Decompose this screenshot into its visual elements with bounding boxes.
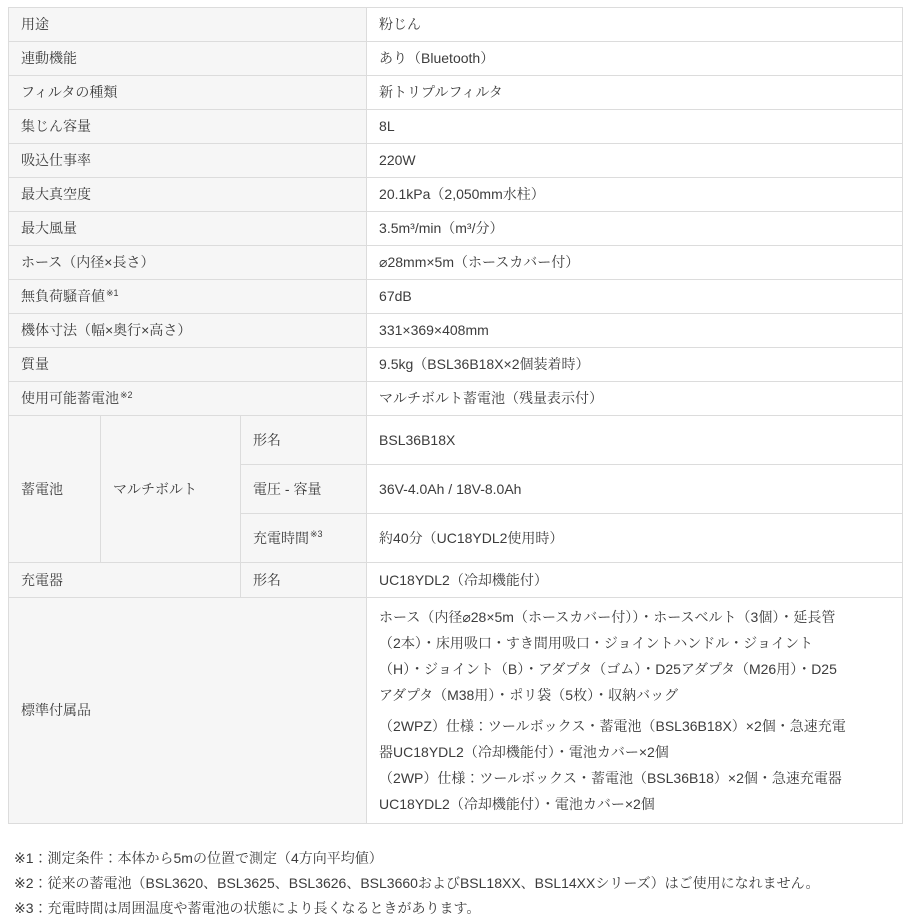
- cell-text: マルチボルト蓄電池（残量表示付）: [379, 390, 603, 406]
- spec-value-interlock: あり（Bluetooth）: [367, 42, 903, 76]
- spec-label-filter-type: フィルタの種類: [9, 76, 367, 110]
- spec-value-charger-model: UC18YDL2（冷却機能付）: [367, 563, 903, 598]
- table-row: フィルタの種類新トリプルフィルタ: [9, 76, 903, 110]
- spec-value-dimensions: 331×369×408mm: [367, 314, 903, 348]
- cell-text: 無負荷騒音値: [21, 288, 105, 304]
- spec-value-voltage-capacity: 36V-4.0Ah / 18V-8.0Ah: [367, 465, 903, 514]
- spec-label-accessories: 標準付属品: [9, 598, 367, 824]
- table-row: 充電器形名UC18YDL2（冷却機能付）: [9, 563, 903, 598]
- spec-value-battery-model: BSL36B18X: [367, 416, 903, 465]
- table-row: 連動機能あり（Bluetooth）: [9, 42, 903, 76]
- table-row: 最大真空度20.1kPa（2,050mm水柱）: [9, 178, 903, 212]
- table-row: 最大風量3.5m³/min（m³/分）: [9, 212, 903, 246]
- cell-text: 331×369×408mm: [379, 322, 489, 338]
- cell-text: 20.1kPa（2,050mm水柱）: [379, 186, 545, 202]
- spec-value-use: 粉じん: [367, 8, 903, 42]
- cell-text: BSL36B18X: [379, 432, 455, 448]
- spec-label-battery-group: 蓄電池: [9, 416, 101, 563]
- spec-label-charger-group: 充電器: [9, 563, 241, 598]
- cell-text: 連動機能: [21, 50, 77, 66]
- cell-text: 吸込仕事率: [21, 152, 91, 168]
- cell-text: 使用可能蓄電池: [21, 390, 119, 406]
- cell-text: 充電時間: [253, 530, 309, 546]
- spec-value-noise: 67dB: [367, 280, 903, 314]
- spec-label-battery-model: 形名: [241, 416, 367, 465]
- cell-text: 標準付属品: [21, 702, 91, 718]
- spec-label-max-vacuum: 最大真空度: [9, 178, 367, 212]
- table-row: 使用可能蓄電池※2マルチボルト蓄電池（残量表示付）: [9, 382, 903, 416]
- spec-table-body: 用途粉じん連動機能あり（Bluetooth）フィルタの種類新トリプルフィルタ集じ…: [9, 8, 903, 824]
- spec-value-hose: ⌀28mm×5m（ホースカバー付）: [367, 246, 903, 280]
- spec-label-use: 用途: [9, 8, 367, 42]
- cell-text: ⌀28mm×5m（ホースカバー付）: [379, 254, 579, 270]
- cell-text: 36V-4.0Ah / 18V-8.0Ah: [379, 481, 521, 497]
- spec-value-filter-type: 新トリプルフィルタ: [367, 76, 903, 110]
- accessories-paragraph: ホース（内径⌀28×5m（ホースカバー付））・ホースベルト（3個）・延長管（2本…: [379, 604, 850, 708]
- page: 用途粉じん連動機能あり（Bluetooth）フィルタの種類新トリプルフィルタ集じ…: [0, 0, 910, 921]
- cell-text: 機体寸法（幅×奥行×高さ）: [21, 322, 191, 338]
- table-row: 機体寸法（幅×奥行×高さ）331×369×408mm: [9, 314, 903, 348]
- table-row: 蓄電池マルチボルト形名BSL36B18X: [9, 416, 903, 465]
- spec-value-charge-time: 約40分（UC18YDL2使用時）: [367, 514, 903, 563]
- cell-text: 形名: [253, 432, 281, 448]
- cell-text: 形名: [253, 572, 281, 588]
- footnote: ※2：従来の蓄電池（BSL3620、BSL3625、BSL3626、BSL366…: [14, 871, 902, 896]
- spec-label-interlock: 連動機能: [9, 42, 367, 76]
- spec-label-multivolt: マルチボルト: [101, 416, 241, 563]
- spec-value-accessories: ホース（内径⌀28×5m（ホースカバー付））・ホースベルト（3個）・延長管（2本…: [367, 598, 903, 824]
- table-row: 集じん容量8L: [9, 110, 903, 144]
- accessories-paragraph: （2WPZ）仕様：ツールボックス・蓄電池（BSL36B18X）×2個・急速充電器…: [379, 713, 850, 817]
- spec-label-max-airflow: 最大風量: [9, 212, 367, 246]
- cell-text: 集じん容量: [21, 118, 91, 134]
- cell-text: 電圧 - 容量: [253, 481, 321, 497]
- table-row: 用途粉じん: [9, 8, 903, 42]
- table-row: 質量9.5kg（BSL36B18X×2個装着時）: [9, 348, 903, 382]
- spec-label-dimensions: 機体寸法（幅×奥行×高さ）: [9, 314, 367, 348]
- footnote: ※3：充電時間は周囲温度や蓄電池の状態により長くなるときがあります。: [14, 896, 902, 921]
- spec-table: 用途粉じん連動機能あり（Bluetooth）フィルタの種類新トリプルフィルタ集じ…: [8, 7, 903, 824]
- spec-label-voltage-capacity: 電圧 - 容量: [241, 465, 367, 514]
- footnote-ref: ※1: [106, 288, 119, 298]
- footnote-ref: ※3: [310, 529, 323, 539]
- cell-text: 3.5m³/min（m³/分）: [379, 220, 503, 236]
- cell-text: あり（Bluetooth）: [379, 50, 494, 66]
- spec-value-capacity: 8L: [367, 110, 903, 144]
- spec-label-charger-model: 形名: [241, 563, 367, 598]
- spec-label-noise: 無負荷騒音値※1: [9, 280, 367, 314]
- spec-value-max-airflow: 3.5m³/min（m³/分）: [367, 212, 903, 246]
- spec-label-usable-battery: 使用可能蓄電池※2: [9, 382, 367, 416]
- cell-text: 9.5kg（BSL36B18X×2個装着時）: [379, 356, 590, 372]
- spec-value-usable-battery: マルチボルト蓄電池（残量表示付）: [367, 382, 903, 416]
- cell-text: 蓄電池: [21, 481, 63, 497]
- cell-text: 充電器: [21, 572, 63, 588]
- cell-text: 最大真空度: [21, 186, 91, 202]
- cell-text: 用途: [21, 16, 49, 32]
- spec-value-max-vacuum: 20.1kPa（2,050mm水柱）: [367, 178, 903, 212]
- table-row: ホース（内径×長さ）⌀28mm×5m（ホースカバー付）: [9, 246, 903, 280]
- cell-text: 新トリプルフィルタ: [379, 84, 503, 100]
- cell-text: 67dB: [379, 288, 412, 304]
- cell-text: フィルタの種類: [21, 84, 117, 100]
- cell-text: ホース（内径×長さ）: [21, 254, 154, 270]
- footnote-ref: ※2: [120, 390, 133, 400]
- spec-label-hose: ホース（内径×長さ）: [9, 246, 367, 280]
- cell-text: 8L: [379, 118, 395, 134]
- cell-text: 約40分（UC18YDL2使用時）: [379, 530, 563, 546]
- footnote: ※1：測定条件：本体から5mの位置で測定（4方向平均値）: [14, 846, 902, 871]
- cell-text: 最大風量: [21, 220, 77, 236]
- cell-text: 粉じん: [379, 16, 421, 32]
- spec-label-weight: 質量: [9, 348, 367, 382]
- spec-label-charge-time: 充電時間※3: [241, 514, 367, 563]
- cell-text: 質量: [21, 356, 49, 372]
- spec-value-weight: 9.5kg（BSL36B18X×2個装着時）: [367, 348, 903, 382]
- cell-text: 220W: [379, 152, 416, 168]
- footnotes: ※1：測定条件：本体から5mの位置で測定（4方向平均値）※2：従来の蓄電池（BS…: [14, 846, 902, 921]
- table-row: 標準付属品ホース（内径⌀28×5m（ホースカバー付））・ホースベルト（3個）・延…: [9, 598, 903, 824]
- spec-label-capacity: 集じん容量: [9, 110, 367, 144]
- cell-text: UC18YDL2（冷却機能付）: [379, 572, 548, 588]
- table-row: 吸込仕事率220W: [9, 144, 903, 178]
- cell-text: マルチボルト: [113, 481, 197, 497]
- table-row: 無負荷騒音値※167dB: [9, 280, 903, 314]
- spec-label-suction-power: 吸込仕事率: [9, 144, 367, 178]
- spec-value-suction-power: 220W: [367, 144, 903, 178]
